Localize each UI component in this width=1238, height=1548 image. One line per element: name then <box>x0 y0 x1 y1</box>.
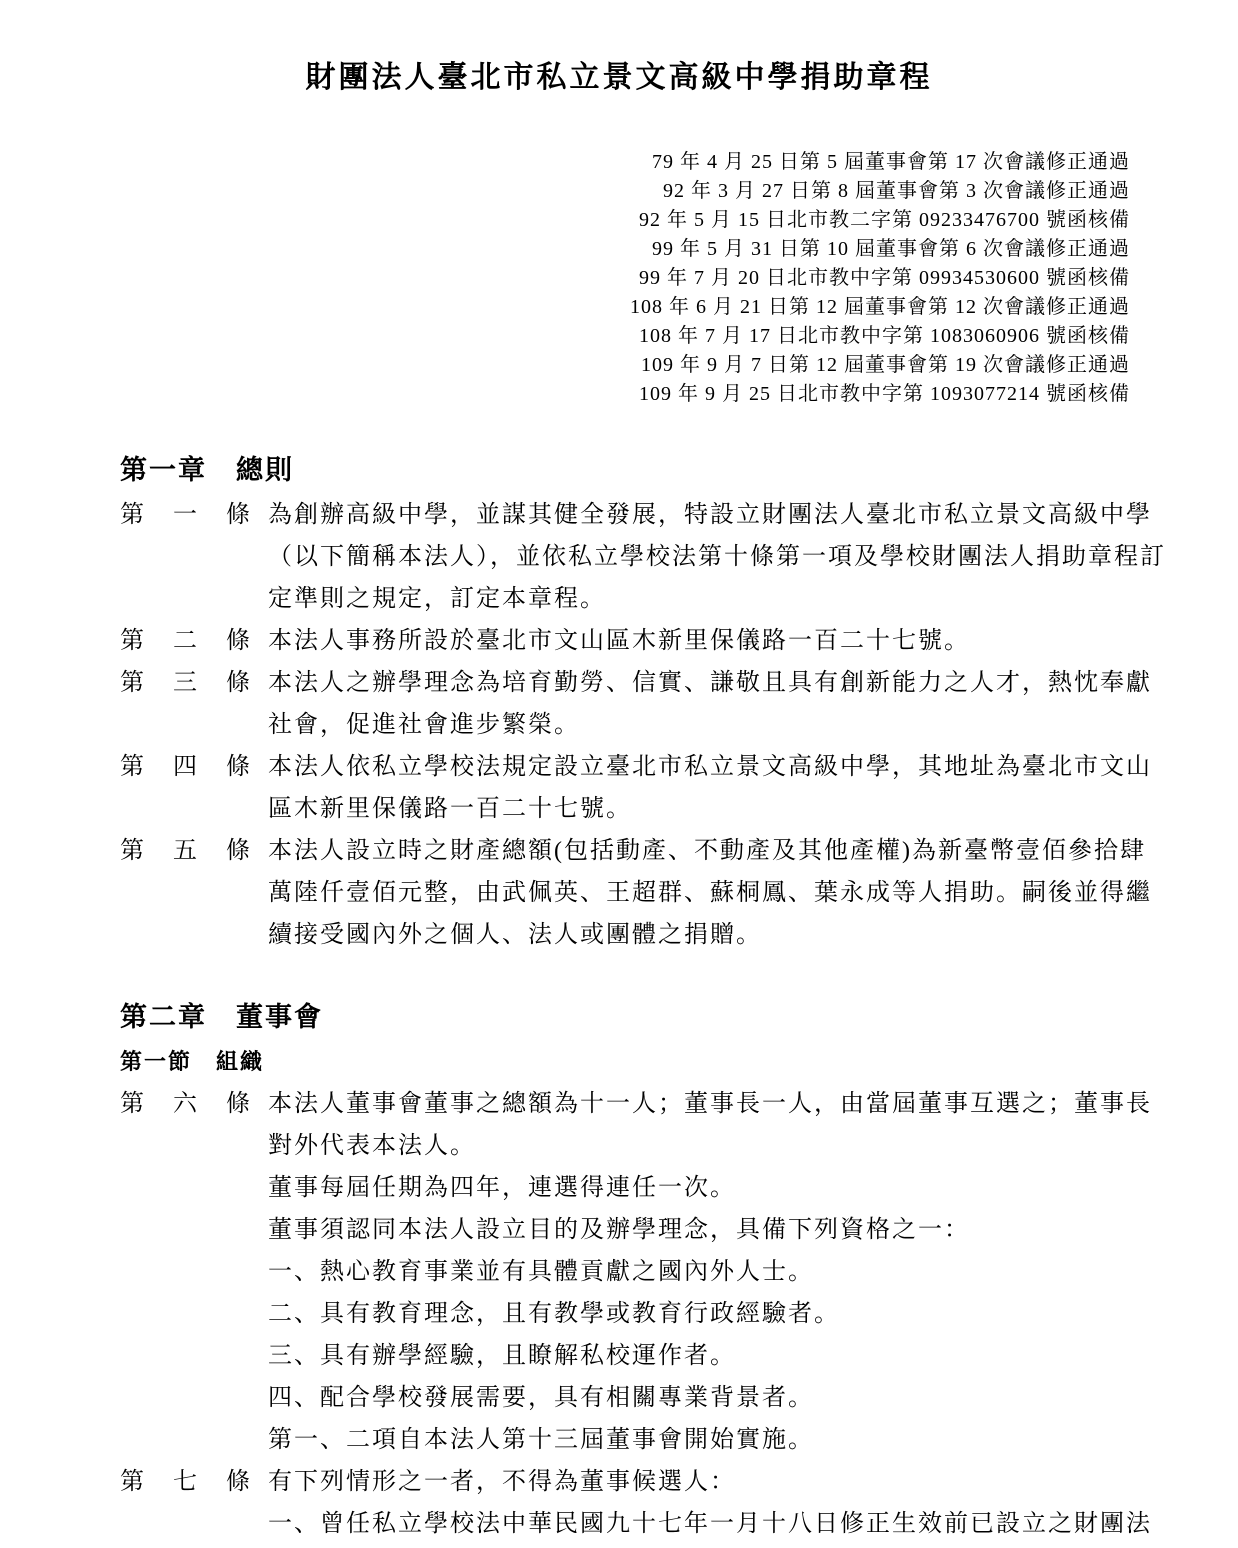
article-text: 為創辦高級中學，並謀其健全發展，特設立財團法人臺北市私立景文高級中學（以下簡稱本… <box>268 494 1170 620</box>
article-prefix: 第 <box>120 746 144 788</box>
article: 第五條本法人設立時之財產總額(包括動產、不動產及其他產權)為新臺幣壹佰參拾肆萬陸… <box>120 830 1170 956</box>
article-paragraph: 本法人事務所設於臺北市文山區木新里保儀路一百二十七號。 <box>268 620 1170 662</box>
article-prefix: 第 <box>120 620 144 662</box>
article-paragraph: 第一、二項自本法人第十三屆董事會開始實施。 <box>268 1419 1170 1461</box>
article-num: 二 <box>173 620 197 662</box>
article-num: 四 <box>173 746 197 788</box>
article-suffix: 條 <box>226 830 250 872</box>
article: 第二條本法人事務所設於臺北市文山區木新里保儀路一百二十七號。 <box>120 620 1170 662</box>
amendment-entry: 99 年 7 月 20 日北市教中字第 09934530600 號函核備 <box>0 264 1130 293</box>
article-paragraph: 有下列情形之一者，不得為董事候選人： <box>268 1461 1170 1503</box>
article-number: 第一條 <box>120 494 250 536</box>
article: 第七條有下列情形之一者，不得為董事候選人：一、曾任私立學校法中華民國九十七年一月… <box>120 1461 1170 1545</box>
amendment-entry: 108 年 6 月 21 日第 12 屆董事會第 12 次會議修正通過 <box>0 293 1130 322</box>
article-text: 本法人之辦學理念為培育勤勞、信實、謙敬且具有創新能力之人才，熱忱奉獻社會，促進社… <box>268 662 1170 746</box>
article-prefix: 第 <box>120 494 144 536</box>
amendment-history: 79 年 4 月 25 日第 5 屆董事會第 17 次會議修正通過92 年 3 … <box>0 148 1130 409</box>
article: 第四條本法人依私立學校法規定設立臺北市私立景文高級中學，其地址為臺北市文山區木新… <box>120 746 1170 830</box>
amendment-entry: 92 年 3 月 27 日第 8 屆董事會第 3 次會議修正通過 <box>0 177 1130 206</box>
article-number: 第三條 <box>120 662 250 704</box>
article: 第六條本法人董事會董事之總額為十一人；董事長一人，由當屆董事互選之；董事長對外代… <box>120 1083 1170 1461</box>
amendment-entry: 109 年 9 月 7 日第 12 屆董事會第 19 次會議修正通過 <box>0 351 1130 380</box>
document-title: 財團法人臺北市私立景文高級中學捐助章程 <box>0 60 1238 96</box>
chapter-heading: 第一章 總則 <box>120 449 1170 491</box>
article-prefix: 第 <box>120 662 144 704</box>
article-number: 第七條 <box>120 1461 250 1503</box>
article-num: 六 <box>173 1083 197 1125</box>
article-suffix: 條 <box>226 662 250 704</box>
article-prefix: 第 <box>120 830 144 872</box>
document-page: 財團法人臺北市私立景文高級中學捐助章程 79 年 4 月 25 日第 5 屆董事… <box>0 0 1238 1548</box>
amendment-entry: 99 年 5 月 31 日第 10 屆董事會第 6 次會議修正通過 <box>0 235 1130 264</box>
article-suffix: 條 <box>226 1083 250 1125</box>
article-suffix: 條 <box>226 746 250 788</box>
article-num: 七 <box>173 1461 197 1503</box>
article: 第一條為創辦高級中學，並謀其健全發展，特設立財團法人臺北市私立景文高級中學（以下… <box>120 494 1170 620</box>
article-prefix: 第 <box>120 1083 144 1125</box>
article-paragraph: 一、曾任私立學校法中華民國九十七年一月十八日修正生效前已設立之財團法 <box>268 1503 1170 1545</box>
article-text: 本法人設立時之財產總額(包括動產、不動產及其他產權)為新臺幣壹佰參拾肆萬陸仟壹佰… <box>268 830 1170 956</box>
article-suffix: 條 <box>226 620 250 662</box>
article-text: 有下列情形之一者，不得為董事候選人：一、曾任私立學校法中華民國九十七年一月十八日… <box>268 1461 1170 1545</box>
article-paragraph: 本法人董事會董事之總額為十一人；董事長一人，由當屆董事互選之；董事長對外代表本法… <box>268 1083 1170 1167</box>
article-paragraph: 本法人依私立學校法規定設立臺北市私立景文高級中學，其地址為臺北市文山區木新里保儀… <box>268 746 1170 830</box>
chapter-heading: 第二章 董事會 <box>120 996 1170 1038</box>
article-num: 三 <box>173 662 197 704</box>
amendment-entry: 79 年 4 月 25 日第 5 屆董事會第 17 次會議修正通過 <box>0 148 1130 177</box>
article-number: 第二條 <box>120 620 250 662</box>
article-num: 五 <box>173 830 197 872</box>
article-prefix: 第 <box>120 1461 144 1503</box>
article-paragraph: 本法人之辦學理念為培育勤勞、信實、謙敬且具有創新能力之人才，熱忱奉獻社會，促進社… <box>268 662 1170 746</box>
amendment-entry: 108 年 7 月 17 日北市教中字第 1083060906 號函核備 <box>0 322 1130 351</box>
article-suffix: 條 <box>226 1461 250 1503</box>
article-paragraph: 本法人設立時之財產總額(包括動產、不動產及其他產權)為新臺幣壹佰參拾肆萬陸仟壹佰… <box>268 830 1170 956</box>
article-text: 本法人依私立學校法規定設立臺北市私立景文高級中學，其地址為臺北市文山區木新里保儀… <box>268 746 1170 830</box>
amendment-entry: 92 年 5 月 15 日北市教二字第 09233476700 號函核備 <box>0 206 1130 235</box>
article-paragraph: 一、熱心教育事業並有具體貢獻之國內外人士。 <box>268 1251 1170 1293</box>
article-num: 一 <box>173 494 197 536</box>
article-text: 本法人董事會董事之總額為十一人；董事長一人，由當屆董事互選之；董事長對外代表本法… <box>268 1083 1170 1461</box>
article-number: 第四條 <box>120 746 250 788</box>
section-heading: 第一節 組織 <box>120 1041 1170 1083</box>
article-paragraph: 四、配合學校發展需要，具有相關專業背景者。 <box>268 1377 1170 1419</box>
article-text: 本法人事務所設於臺北市文山區木新里保儀路一百二十七號。 <box>268 620 1170 662</box>
amendment-entry: 109 年 9 月 25 日北市教中字第 1093077214 號函核備 <box>0 380 1130 409</box>
article-paragraph: 董事須認同本法人設立目的及辦學理念，具備下列資格之一： <box>268 1209 1170 1251</box>
article-paragraph: 三、具有辦學經驗，且瞭解私校運作者。 <box>268 1335 1170 1377</box>
article-suffix: 條 <box>226 494 250 536</box>
article: 第三條本法人之辦學理念為培育勤勞、信實、謙敬且具有創新能力之人才，熱忱奉獻社會，… <box>120 662 1170 746</box>
article-paragraph: 董事每屆任期為四年，連選得連任一次。 <box>268 1167 1170 1209</box>
article-paragraph: 為創辦高級中學，並謀其健全發展，特設立財團法人臺北市私立景文高級中學（以下簡稱本… <box>268 494 1170 620</box>
document-body: 第一章 總則第一條為創辦高級中學，並謀其健全發展，特設立財團法人臺北市私立景文高… <box>120 449 1170 1545</box>
article-number: 第五條 <box>120 830 250 872</box>
article-number: 第六條 <box>120 1083 250 1125</box>
article-paragraph: 二、具有教育理念，且有教學或教育行政經驗者。 <box>268 1293 1170 1335</box>
